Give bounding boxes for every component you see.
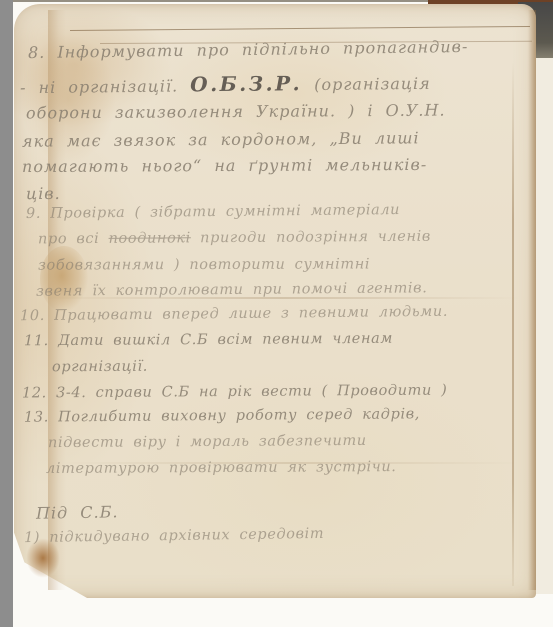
handwritten-text: про всі (38, 231, 109, 247)
acronym-obzr: О.Б.З.Р. (190, 71, 302, 96)
handwritten-text: - ні організації. (20, 76, 190, 97)
handwritten-line: звеня їх контролювати при помочі агентів… (36, 280, 428, 299)
handwritten-heading-sb: Під С.Б. (36, 502, 119, 522)
scanned-document: 8. Інформувати про підпільно пропагандив… (0, 0, 553, 627)
scanner-background-strip (0, 0, 13, 627)
handwritten-line: 11. Дати вишкіл С.Б всім певним членам (24, 331, 393, 350)
struck-word: поодинокі (109, 230, 191, 247)
handwritten-line: організації. (52, 359, 148, 376)
handwritten-line: підвести віру і мораль забезпечити (48, 433, 367, 451)
handwritten-text: пригоди подозріння членів (191, 229, 431, 247)
vertical-fold-crease (512, 62, 514, 586)
handwritten-line: помагають нього“ на ґрунті мельників- (22, 155, 427, 176)
handwritten-line: оборони закизволення України. ) і О.У.Н. (26, 101, 446, 123)
handwritten-line: ців. (26, 184, 61, 203)
scanner-bed (13, 597, 553, 627)
handwritten-line: яка має звязок за кордоном, „Ви лиші (22, 128, 420, 150)
handwritten-line: зобовязаннями ) повторити сумнітні (38, 256, 370, 273)
handwritten-line: про всі поодинокі пригоди подозріння чле… (38, 229, 431, 248)
page-edge-shadow (528, 10, 536, 590)
handwritten-line: - ні організації. О.Б.З.Р. (організація (20, 70, 431, 98)
handwritten-line: літературою провірювати як зустрічи. (46, 459, 397, 477)
handwritten-line: 12. 3-4. справи С.Б на рік вести ( Прово… (22, 383, 447, 402)
handwritten-text: (організація (302, 74, 431, 94)
page-stain (40, 246, 88, 312)
underlying-page-edge (534, 58, 553, 594)
